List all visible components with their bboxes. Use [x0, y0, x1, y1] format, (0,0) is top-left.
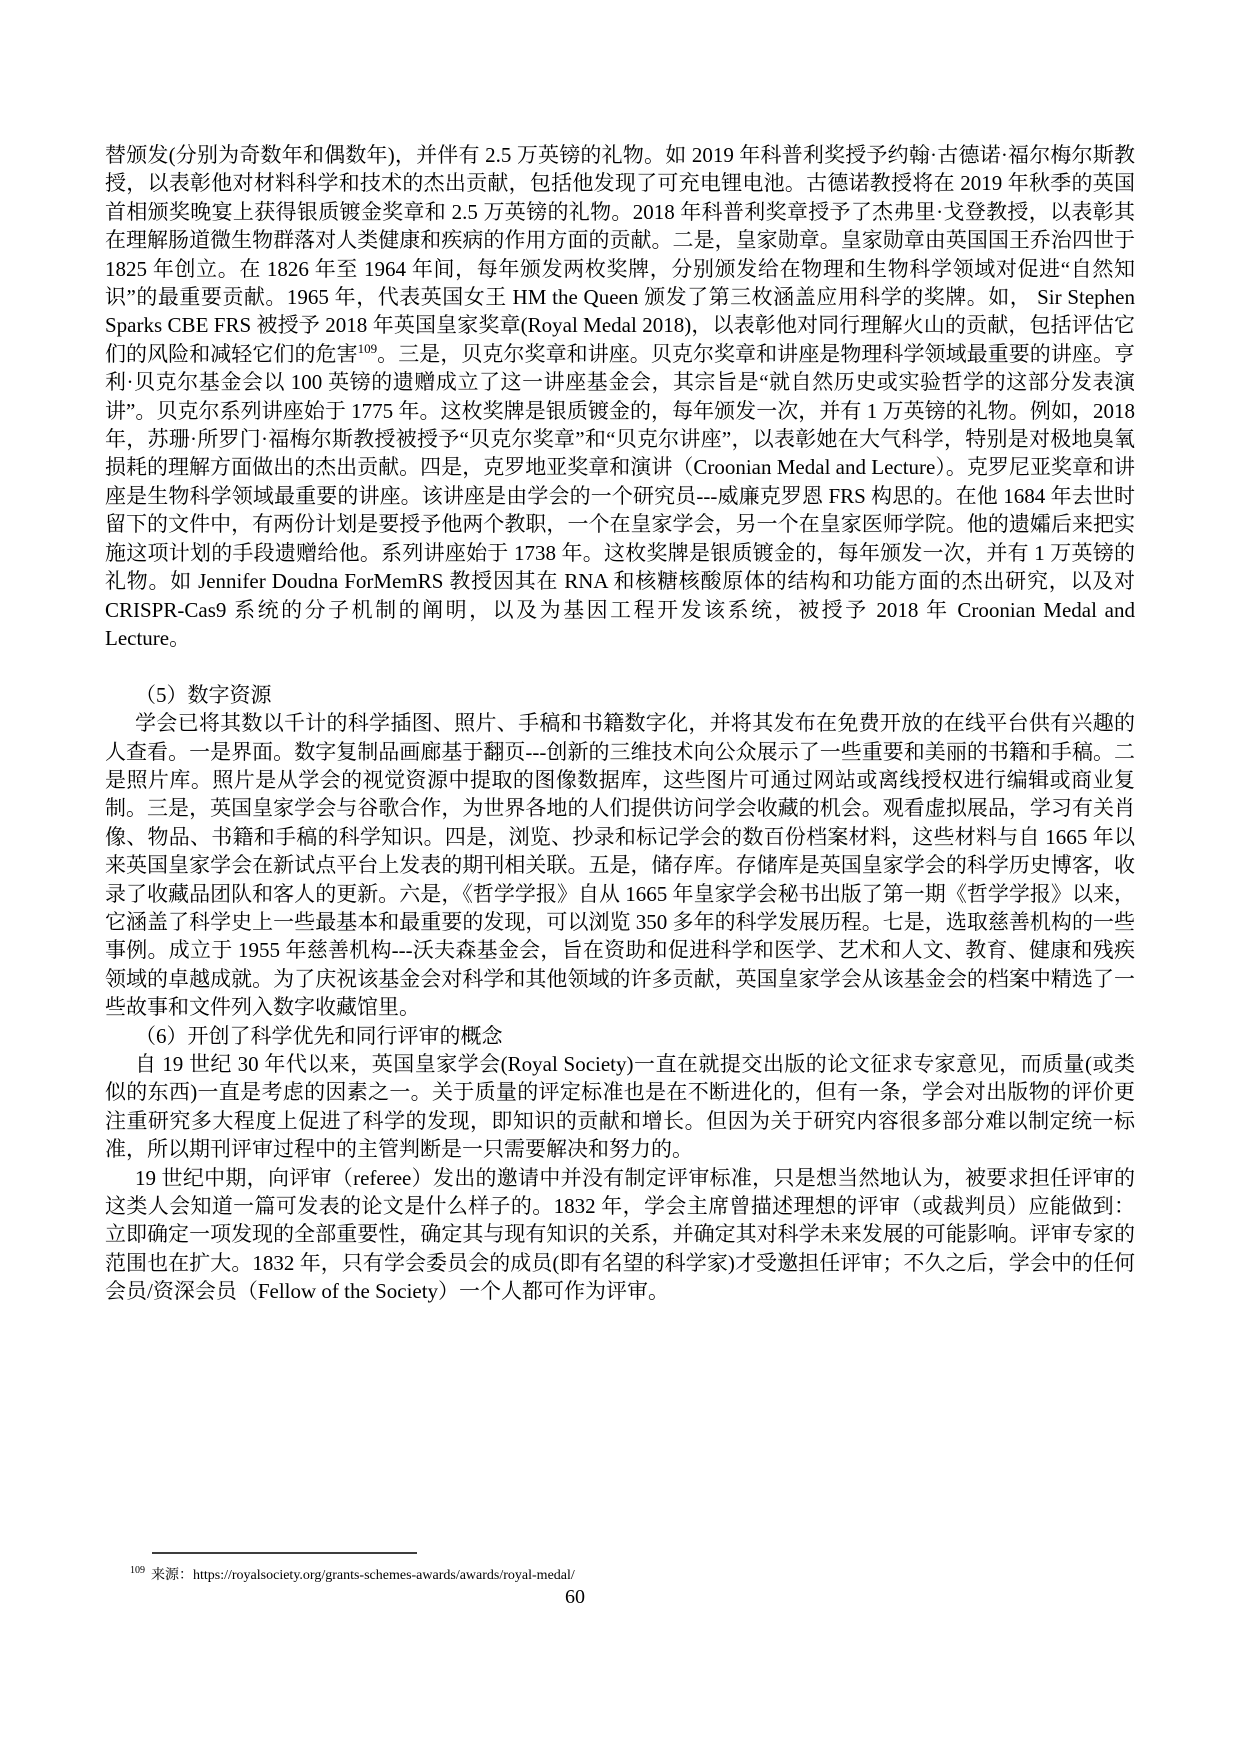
paragraph-peer-review-origin: 自 19 世纪 30 年代以来，英国皇家学会(Royal Society)一直在… — [105, 1050, 1135, 1164]
footnote-url: https://royalsociety.org/grants-schemes-… — [193, 1568, 575, 1583]
heading-digital-resources: （5）数字资源 — [105, 681, 1135, 709]
paragraph-peer-review-referee: 19 世纪中期，向评审（referee）发出的邀请中并没有制定评审标准，只是想当… — [105, 1164, 1135, 1306]
page-body: 替颁发(分别为奇数年和偶数年)，并伴有 2.5 万英镑的礼物。如 2019 年科… — [105, 141, 1135, 1306]
heading-peer-review: （6）开创了科学优先和同行评审的概念 — [105, 1022, 1135, 1050]
paragraph-awards-text: 替颁发(分别为奇数年和偶数年)，并伴有 2.5 万英镑的礼物。如 2019 年科… — [105, 143, 1135, 366]
document-page: 替颁发(分别为奇数年和偶数年)，并伴有 2.5 万英镑的礼物。如 2019 年科… — [0, 0, 1240, 1753]
footnote-source-label: 来源： — [151, 1568, 193, 1583]
paragraph-awards: 替颁发(分别为奇数年和偶数年)，并伴有 2.5 万英镑的礼物。如 2019 年科… — [105, 141, 1135, 652]
footnote: 109来源：https://royalsociety.org/grants-sc… — [130, 1566, 1030, 1585]
paragraph-digital-resources: 学会已将其数以千计的科学插图、照片、手稿和书籍数字化，并将其发布在免费开放的在线… — [105, 709, 1135, 1021]
footnote-ref-marker: 109 — [358, 341, 378, 356]
footnote-separator — [152, 1552, 417, 1554]
footnote-number: 109 — [130, 1565, 145, 1576]
page-number: 60 — [560, 1585, 590, 1609]
paragraph-awards-text-continued: 。三是，贝克尔奖章和讲座。贝克尔奖章和讲座是物理科学领域最重要的讲座。亨利·贝克… — [105, 342, 1135, 650]
